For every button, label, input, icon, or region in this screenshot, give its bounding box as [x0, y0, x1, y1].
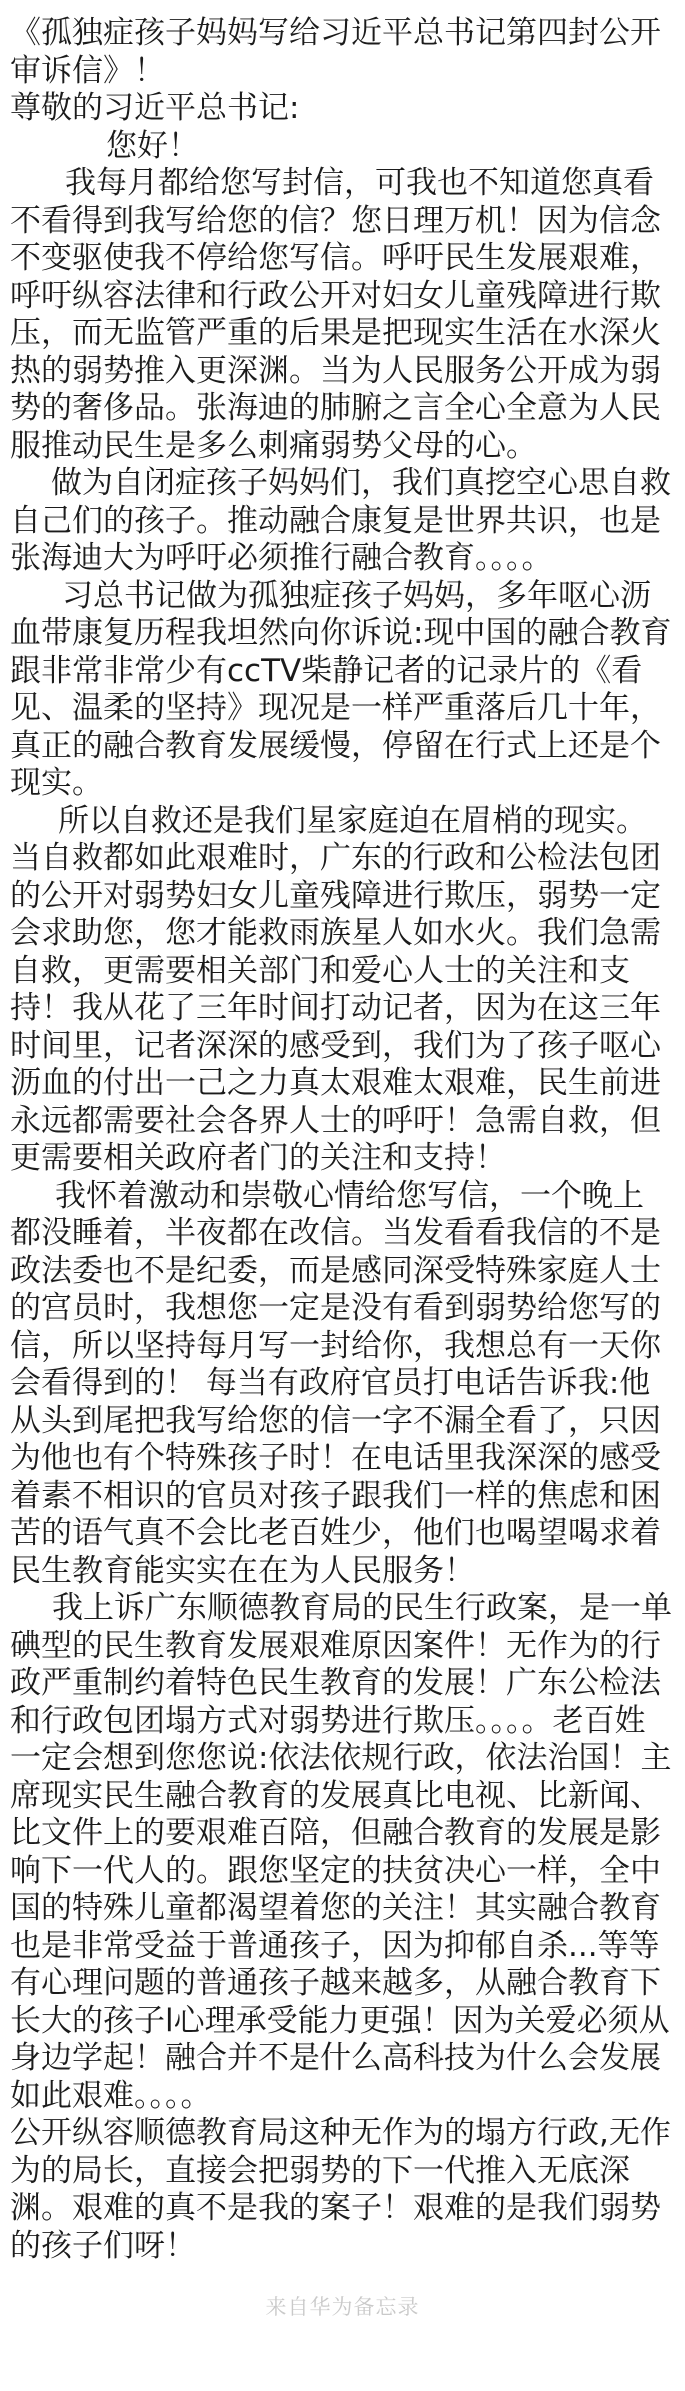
letter-paragraph-4: 所以自救还是我们星家庭迫在眉梢的现实。当自救都如此艰难时，广东的行政和公检法包团… [10, 803, 673, 1178]
letter-salutation: 尊敬的习近平总书记: [10, 90, 673, 128]
letter-paragraph-2: 做为自闭症孩子妈妈们，我们真挖空心思自救自己们的孩子。推动融合康复是世界共识，也… [10, 465, 673, 578]
huawei-memo-watermark: 来自华为备忘录 [0, 2291, 685, 2321]
letter-paragraph-6: 我上诉广东顺德教育局的民生行政案，是一单碘型的民生教育发展艰难原因案件！无作为的… [10, 1590, 673, 2115]
letter-greeting: 您好！ [10, 128, 673, 166]
letter-title: 《孤独症孩子妈妈写给习近平总书记第四封公开审诉信》！ [10, 15, 673, 90]
letter-paragraph-3: 习总书记做为孤独症孩子妈妈，多年呕心沥血带康复历程我坦然向你诉说:现中国的融合教… [10, 578, 673, 803]
letter-paragraph-7: 公开纵容顺德教育局这种无作为的塌方行政,无作为的局长，直接会把弱势的下一代推入无… [10, 2115, 673, 2265]
letter-body: 《孤独症孩子妈妈写给习近平总书记第四封公开审诉信》！ 尊敬的习近平总书记: 您好… [0, 0, 685, 2265]
letter-paragraph-5: 我怀着激动和崇敬心情给您写信，一个晚上都没睡着，半夜都在改信。当发看看我信的不是… [10, 1178, 673, 1591]
letter-paragraph-1: 我每月都给您写封信，可我也不知道您真看不看得到我写给您的信？您日理万机！因为信念… [10, 165, 673, 465]
